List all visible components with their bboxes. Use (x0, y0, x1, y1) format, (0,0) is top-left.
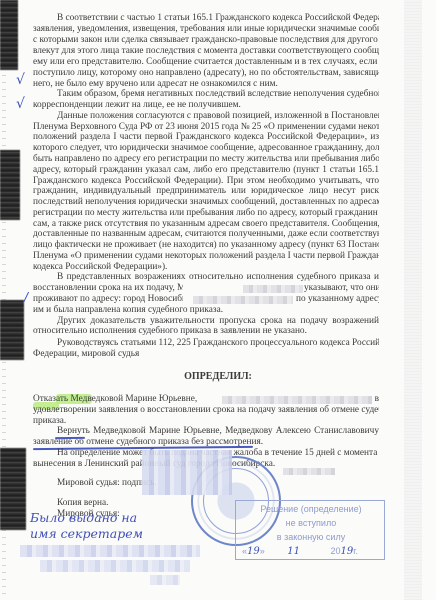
scan-blotch (0, 300, 24, 360)
text-line: в (372, 394, 379, 405)
text-line: с которыми закон или сделка связывает гр… (33, 35, 379, 46)
text-line: гражданин, индивидуальный предпринимател… (33, 186, 379, 197)
text-line: Данные положения согласуются с правовой … (57, 111, 379, 122)
text-line: Таким образом, бремя негативных последст… (57, 89, 379, 100)
redacted-handwriting (20, 545, 200, 557)
text-line: последствий неполучения юридически значи… (33, 197, 379, 208)
stamp-month: 11 (287, 546, 300, 557)
stamp-year-suffix: 19 (341, 546, 354, 557)
redacted-name (222, 396, 372, 404)
redacted-judge-name (283, 468, 335, 475)
ruling-heading: ОПРЕДЕЛИЛ: (0, 372, 436, 383)
text-line: лицо фактически не проживает (не находит… (33, 240, 379, 251)
text-line: им и была направлена копия судебного при… (33, 305, 379, 316)
stamp-year-unit: г. (353, 546, 358, 556)
text-line: проживают по адресу: город Новосибирск, (33, 294, 183, 305)
scan-blotch (0, 448, 26, 530)
pen-checkmark-icon: √ (16, 96, 25, 112)
text-line: которого следует, что юридически значимо… (33, 143, 379, 154)
redacted-address (193, 296, 293, 304)
scanned-document-page: В соответствии с частью 1 статьи 165.1 Г… (0, 0, 436, 600)
redacted-handwriting (150, 575, 180, 585)
text-line: Федерации, мировой судья (33, 349, 379, 360)
text-line: восстановлении срока на их подачу, Медве… (33, 283, 183, 294)
text-line: удовлетворении заявления о восстановлени… (33, 405, 379, 416)
text-line: корреспонденции лежит на лице, ее не пол… (33, 100, 379, 111)
text-line: указывают, что они (304, 283, 379, 294)
text-line: адресу, который гражданин указал сам, ли… (33, 165, 379, 176)
text-line: регистрации по месту жительства или преб… (33, 208, 379, 219)
scan-edge-shadow (404, 0, 422, 600)
scan-blotch (0, 150, 20, 220)
text-line: заявления, уведомления, извещения, требо… (33, 24, 379, 35)
text-line: Отказать Медведковой Марине Юрьевне, (33, 394, 203, 405)
stamp-line: Решение (определение) (236, 504, 386, 514)
text-line: по указанному адресу (296, 294, 379, 305)
stamp-year-prefix: 20 (331, 546, 341, 556)
text-line: поступило лицу, которому оно направлено … (33, 68, 379, 79)
stamp-line: в законную силу (236, 532, 386, 542)
redacted-name (243, 285, 303, 293)
text-line: быть направлено по адресу его регистраци… (33, 154, 379, 165)
pen-checkmark-icon: √ (16, 72, 25, 88)
handwritten-note-line: имя секретарем (30, 526, 143, 541)
text-line: Пленума «О применении судами некоторых п… (33, 251, 379, 262)
stamp-date: «19» 11 2019г. (236, 546, 386, 557)
text-line: влекут для этого лица такие последствия … (33, 46, 379, 57)
text-line: Руководствуясь статьями 112, 225 Граждан… (57, 338, 379, 349)
text-line: В соответствии с частью 1 статьи 165.1 Г… (57, 13, 379, 24)
text-line: Вернуть Медведковой Марине Юрьевне, Медв… (57, 426, 379, 437)
handwritten-note-line: Было выдано на (30, 510, 137, 525)
stamp-day: 19 (247, 546, 260, 557)
pen-tick-icon: / (24, 290, 28, 304)
scan-blotch (0, 0, 18, 70)
text-line: доставленные по названным адресам, счита… (33, 229, 379, 240)
text-line: положений раздела I части первой Граждан… (33, 132, 379, 143)
legal-force-stamp: Решение (определение) не вступило в зако… (235, 500, 385, 560)
pen-underline (55, 437, 85, 439)
redacted-signature (142, 450, 232, 495)
stamp-line: не вступило (236, 518, 386, 528)
text-line: относительно исполнения судебного приказ… (33, 326, 379, 337)
text-line: В представленных возражениях относительн… (57, 272, 379, 283)
text-line: ему или его представителю. Сообщение счи… (33, 57, 379, 68)
redacted-handwriting (40, 560, 190, 572)
